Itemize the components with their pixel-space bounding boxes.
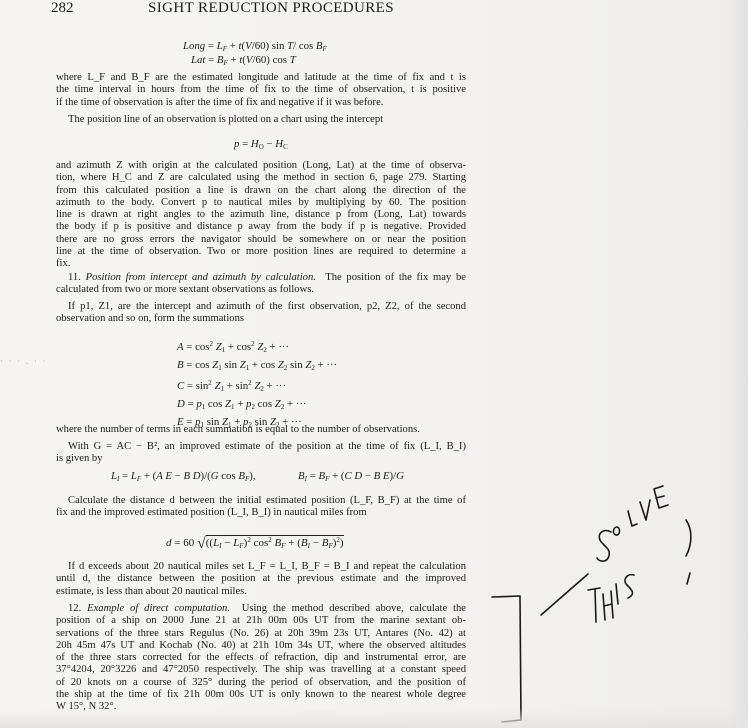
text-line: fix.	[56, 258, 466, 270]
text-line: Using the method described above, calcul…	[242, 603, 466, 614]
text-line: estimate, is less than about 20 nautical…	[56, 586, 466, 598]
section-11: 11. Position from intercept and azimuth …	[56, 272, 466, 297]
text-line: tion, where H_C and Z are calculated usi…	[56, 172, 466, 184]
running-head: SIGHT REDUCTION PROCEDURES	[148, 0, 394, 17]
paragraph-azimuth: and azimuth Z with origin at the calcula…	[56, 160, 466, 271]
text-line: servations of the three stars Regulus (N…	[56, 628, 466, 640]
section-number: 11.	[68, 272, 81, 283]
scan-smudge: · · · . · ·	[0, 357, 47, 366]
text-line: fix and the improved estimated position …	[56, 507, 466, 519]
text-line: azimuth to the body. Convert p to nautic…	[56, 197, 466, 209]
text-line: of the three stars corrected for the eff…	[56, 652, 466, 664]
text-line: from this calculated position a line is …	[56, 185, 466, 197]
text-line: Calculate the distance d between the ini…	[56, 495, 466, 507]
paragraph-if-intercept: If p1, Z1, are the intercept and azimuth…	[56, 301, 466, 326]
summation-d: D = p1 cos Z1 + p2 cos Z2 + ···	[177, 397, 337, 415]
slash-mark-icon	[541, 574, 588, 615]
summation-b: B = cos Z1 sin Z1 + cos Z2 sin Z2 + ···	[177, 358, 337, 376]
section-title: Example of direct computation.	[87, 603, 230, 614]
text-line: line is drawn at right angles to the azi…	[56, 209, 466, 221]
equation-intercept: p = HO − HC	[234, 138, 288, 151]
equation-longitude: Long = LF + t(V/60) sin T/ cos BF	[183, 40, 327, 53]
text-line: 20h 45m 47s UT and Kochab (No. 40) at 21…	[56, 640, 466, 652]
text-line: calculated from two or more sextant obse…	[56, 284, 466, 296]
text-line: the body if p is positive and distance p…	[56, 221, 466, 233]
equation-improved-latitude: BI = BF + (C D − B E)/G	[298, 470, 404, 483]
text-line: position of a ship on 2000 June 21 at 21…	[56, 615, 466, 627]
text-line: until d, the distance between the positi…	[56, 573, 466, 585]
text-line: The position line of an observation is p…	[56, 114, 466, 126]
paragraph-where-estimated: where L_F and B_F are the estimated long…	[56, 72, 466, 109]
paragraph-number-of-terms: where the number of terms in each summat…	[56, 424, 466, 436]
text-line: if the time of observation is after the …	[56, 97, 466, 109]
page-edge-shadow	[728, 0, 748, 728]
text-line: and azimuth Z with origin at the calcula…	[56, 160, 466, 172]
section-title: Position from intercept and azimuth by c…	[86, 272, 316, 283]
section-11-first-line: 11. Position from intercept and azimuth …	[56, 272, 466, 284]
text-line: 37°4204, 20°3226 and 47°2050 respectivel…	[56, 664, 466, 676]
text-line: of 20 knots on a course of 325° during t…	[56, 677, 466, 689]
text-line: where L_F and B_F are the estimated long…	[56, 72, 466, 84]
text-line: is given by	[56, 453, 466, 465]
section-number: 12.	[68, 603, 81, 614]
text-line: If d exceeds about 20 nautical miles set…	[56, 561, 466, 573]
document-page: 282 SIGHT REDUCTION PROCEDURES Long = LF…	[0, 0, 748, 728]
text-line: the time interval in hours from the time…	[56, 84, 466, 96]
equation-improved-longitude: LI = LF + (A E − B D)/(G cos BF),	[111, 470, 256, 483]
equation-latitude: Lat = BF + t(V/60) cos T	[191, 54, 296, 67]
paragraph-position-line: The position line of an observation is p…	[56, 114, 466, 126]
summation-block: A = cos2 Z1 + cos2 Z2 + ··· B = cos Z1 s…	[177, 337, 337, 433]
page-bottom-shadow	[0, 708, 748, 728]
text-line: where the number of terms in each summat…	[56, 424, 466, 436]
text-line: observation and so on, form the summatio…	[56, 313, 466, 325]
page-number: 282	[51, 0, 74, 17]
text-line: the ship at the time of fix 21h 00m 00s …	[56, 689, 466, 701]
bracket-icon	[492, 596, 521, 722]
equation-distance: d = 60 √((LI − LF)2 cos2 BF + (BI − BF)2…	[166, 535, 344, 553]
text-line: If p1, Z1, are the intercept and azimuth…	[56, 301, 466, 313]
summation-a: A = cos2 Z1 + cos2 Z2 + ···	[177, 337, 337, 358]
paragraph-calculate-distance: Calculate the distance d between the ini…	[56, 495, 466, 520]
text-line: With G = AC − B², an improved estimate o…	[56, 441, 466, 453]
summation-c: C = sin2 Z1 + sin2 Z2 + ···	[177, 376, 337, 397]
paragraph-if-d-exceeds: If d exceeds about 20 nautical miles set…	[56, 561, 466, 598]
text-line: line at the time of observation. Two or …	[56, 246, 466, 258]
section-12: 12. Example of direct computation. Using…	[56, 603, 466, 714]
text-line: The position of the fix may be	[325, 272, 466, 283]
paragraph-with-g: With G = AC − B², an improved estimate o…	[56, 441, 466, 466]
text-line: there are no gross errors the navigator …	[56, 234, 466, 246]
section-12-first-line: 12. Example of direct computation. Using…	[56, 603, 466, 615]
